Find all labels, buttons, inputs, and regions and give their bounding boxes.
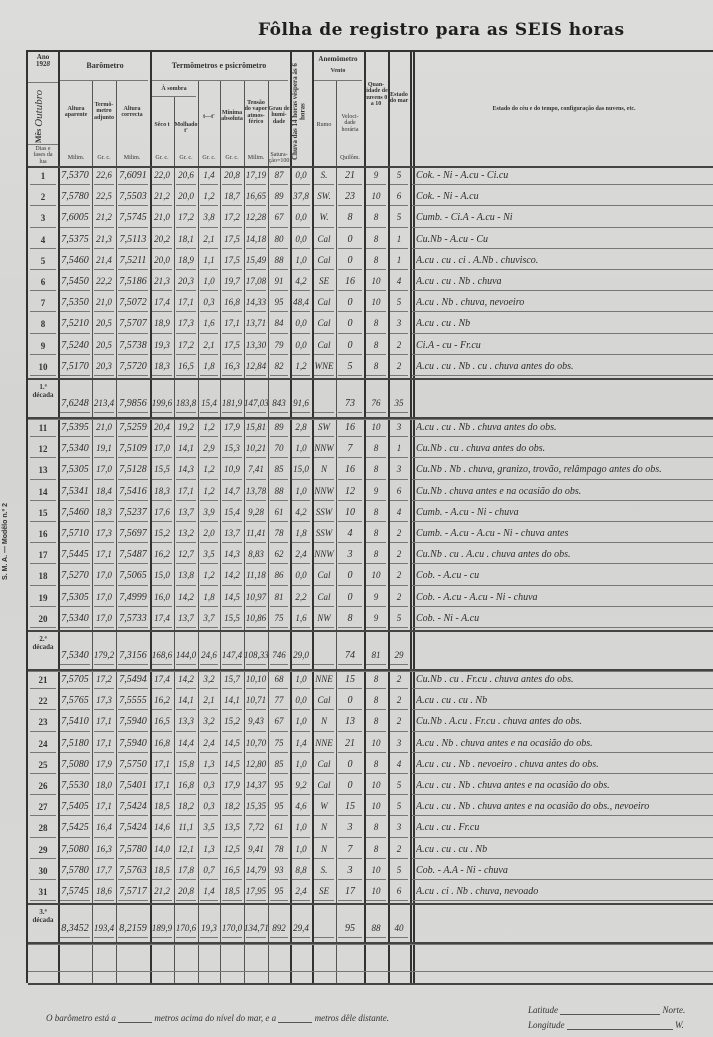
row-divider <box>338 731 362 732</box>
cell-rumo: WNE <box>312 361 336 371</box>
row-divider <box>118 542 148 543</box>
row-divider <box>366 794 386 795</box>
cell-rumo: N <box>312 716 336 726</box>
row-divider <box>390 542 408 543</box>
cell-tensao: 12,84 <box>244 361 268 371</box>
row-divider <box>366 664 386 665</box>
row-divider <box>390 773 408 774</box>
decade-label: 2.ª década <box>28 636 58 651</box>
row-divider <box>176 311 196 312</box>
row-divider <box>292 709 310 710</box>
cell-min: 17,5 <box>220 340 244 350</box>
cell-min: 18,2 <box>220 801 244 811</box>
row-divider <box>118 752 148 753</box>
row-divider <box>200 436 218 437</box>
cell-molh: 13,3 <box>174 716 198 726</box>
row-divider <box>222 879 242 880</box>
row-divider <box>222 412 242 413</box>
row-divider <box>390 227 408 228</box>
row-divider <box>338 664 362 665</box>
row-divider <box>176 900 196 901</box>
row-divider <box>152 815 172 816</box>
row-divider <box>30 333 56 334</box>
cell-min: 15,7 <box>220 674 244 684</box>
cell-term: 17,7 <box>92 865 116 875</box>
unit-grc-1: Gr. c. <box>92 155 116 161</box>
cell-tensao: 17,08 <box>244 276 268 286</box>
row-divider <box>390 311 408 312</box>
row-divider <box>338 563 362 564</box>
cell-nuvens: 88 <box>364 923 388 933</box>
cell-alt-cor: 7,5763 <box>116 865 150 876</box>
cell-min: 15,5 <box>220 613 244 623</box>
cell-alt-ap: 7,5375 <box>58 234 92 245</box>
cell-rumo: NNW <box>312 549 336 559</box>
sky-state-remark: A.cu . cu . cu . Nb <box>416 695 713 706</box>
row-divider <box>60 269 90 270</box>
row-divider <box>118 311 148 312</box>
row-divider <box>176 752 196 753</box>
form-model-label: S. M. A. — Modêlo n.º 2 <box>2 503 9 580</box>
row-divider <box>390 500 408 501</box>
row-divider <box>200 937 218 938</box>
corrected-height-label: Altura correcta <box>116 106 148 119</box>
sky-state-remark: Cok. - Ni - A.cu - Ci.cu <box>416 170 713 181</box>
cell-term: 17,0 <box>92 464 116 474</box>
row-divider <box>222 900 242 901</box>
row-divider <box>270 900 288 901</box>
row-divider <box>94 688 114 689</box>
unit-saturation: Satura-ção=100 <box>268 152 290 165</box>
row-divider <box>338 815 362 816</box>
cell-alt-cor: 7,5424 <box>116 822 150 833</box>
cell-nuvens: 81 <box>364 650 388 660</box>
sky-state-remark: A.cu . cu . Fr.cu <box>416 822 713 833</box>
row-divider <box>390 354 408 355</box>
cell-alt-ap: 7,5270 <box>58 570 92 581</box>
day-number: 27 <box>28 802 58 812</box>
row-divider <box>200 290 218 291</box>
row-divider <box>412 248 713 249</box>
cell-chuva: 1,0 <box>290 759 312 769</box>
cell-term: 22,5 <box>92 191 116 201</box>
row-divider <box>292 248 310 249</box>
row-divider <box>338 311 362 312</box>
cell-grau: 95 <box>268 780 290 790</box>
cell-alt-ap: 7,5180 <box>58 738 92 749</box>
row-divider <box>366 879 386 880</box>
cell-diff: 3,7 <box>198 613 220 623</box>
cell-term: 20,5 <box>92 318 116 328</box>
cell-rumo: N <box>312 844 336 854</box>
row-divider <box>412 606 713 607</box>
row-divider <box>30 227 56 228</box>
cell-vel: 23 <box>336 191 364 202</box>
cell-tensao: 10,86 <box>244 613 268 623</box>
row-divider <box>118 664 148 665</box>
row-divider <box>94 479 114 480</box>
row-divider <box>292 311 310 312</box>
cell-grau: 746 <box>268 650 290 660</box>
t-diff-label: t—t' <box>198 114 220 120</box>
row-divider <box>270 815 288 816</box>
cell-chuva: 1,0 <box>290 255 312 265</box>
row-divider <box>60 794 90 795</box>
row-divider <box>390 436 408 437</box>
cell-vel: 8 <box>336 212 364 223</box>
cell-chuva: 0,0 <box>290 340 312 350</box>
row-divider <box>338 333 362 334</box>
cell-diff: 2,4 <box>198 738 220 748</box>
cell-vel: 74 <box>336 650 364 661</box>
cell-min: 17,5 <box>220 234 244 244</box>
cell-mar: 5 <box>388 297 410 307</box>
cell-vel: 0 <box>336 340 364 351</box>
cell-nuvens: 8 <box>364 822 388 832</box>
cell-seco: 16,2 <box>150 549 174 559</box>
row-divider <box>222 563 242 564</box>
cell-min: 181,9 <box>220 398 244 408</box>
row-divider <box>94 333 114 334</box>
row-divider <box>314 752 334 753</box>
row-divider <box>314 837 334 838</box>
row-divider <box>246 500 266 501</box>
cell-alt-cor: 7,5780 <box>116 844 150 855</box>
row-divider <box>412 900 713 901</box>
cell-rumo: N <box>312 822 336 832</box>
cell-vel: 0 <box>336 255 364 266</box>
row-divider <box>270 837 288 838</box>
cell-grau: 77 <box>268 695 290 705</box>
day-number: 22 <box>28 696 58 706</box>
row-divider <box>118 900 148 901</box>
cell-alt-cor: 7,5745 <box>116 212 150 223</box>
day-number: 24 <box>28 739 58 749</box>
cell-mar: 5 <box>388 170 410 180</box>
sky-state-remark: A.cu . Nb . chuva, nevoeiro <box>416 297 713 308</box>
row-divider <box>338 269 362 270</box>
row-divider <box>292 585 310 586</box>
row-divider <box>292 333 310 334</box>
row-divider <box>200 709 218 710</box>
distance-field[interactable] <box>278 1022 312 1023</box>
latitude-line: Latitude Norte. <box>528 1005 685 1015</box>
cell-mar: 1 <box>388 234 410 244</box>
row-divider <box>176 731 196 732</box>
row-divider <box>412 457 713 458</box>
cell-molh: 17,8 <box>174 865 198 875</box>
row-divider <box>292 184 310 185</box>
row-divider <box>270 731 288 732</box>
day-number: 28 <box>28 823 58 833</box>
cell-vel: 12 <box>336 486 364 497</box>
day-number: 11 <box>28 423 58 433</box>
row-divider <box>314 521 334 522</box>
sky-state-remark: Cu.Nb . Nb . chuva, granizo, trovão, rel… <box>416 464 713 475</box>
cell-tensao: 7,41 <box>244 464 268 474</box>
cell-nuvens: 76 <box>364 398 388 408</box>
cell-seco: 21,2 <box>150 886 174 896</box>
row-divider <box>152 731 172 732</box>
row-divider <box>270 709 288 710</box>
cell-diff: 0,3 <box>198 801 220 811</box>
year-printed: 192 <box>36 60 47 68</box>
row-divider <box>292 542 310 543</box>
cell-seco: 17,1 <box>150 759 174 769</box>
cell-diff: 1,3 <box>198 759 220 769</box>
cell-mar: 5 <box>388 212 410 222</box>
row-divider <box>60 752 90 753</box>
cell-grau: 892 <box>268 923 290 933</box>
cell-vel: 10 <box>336 507 364 518</box>
row-divider <box>314 354 334 355</box>
row-divider <box>338 521 362 522</box>
cell-alt-cor: 7,5494 <box>116 674 150 685</box>
day-number: 23 <box>28 717 58 727</box>
cell-term: 18,3 <box>92 507 116 517</box>
row-divider <box>94 521 114 522</box>
row-divider <box>118 184 148 185</box>
cell-mar: 4 <box>388 759 410 769</box>
column-divider <box>413 52 415 983</box>
row-divider <box>94 205 114 206</box>
row-divider <box>366 500 386 501</box>
cell-diff: 0,7 <box>198 865 220 875</box>
row-divider <box>292 627 310 628</box>
cell-grau: 93 <box>268 865 290 875</box>
cell-mar: 3 <box>388 822 410 832</box>
cell-vel: 21 <box>336 170 364 181</box>
day-number: 6 <box>28 277 58 287</box>
row-divider <box>118 457 148 458</box>
cell-chuva: 1,0 <box>290 486 312 496</box>
row-divider <box>60 858 90 859</box>
cell-alt-cor: 7,5697 <box>116 528 150 539</box>
row-divider <box>60 688 90 689</box>
row-divider <box>366 375 386 376</box>
row-divider <box>292 664 310 665</box>
row-divider <box>222 500 242 501</box>
cell-alt-ap: 7,5080 <box>58 844 92 855</box>
cell-min: 13,5 <box>220 822 244 832</box>
cell-tensao: 9,28 <box>244 507 268 517</box>
row-divider <box>390 457 408 458</box>
cell-grau: 61 <box>268 822 290 832</box>
latitude-field[interactable] <box>560 1014 660 1015</box>
row-divider <box>292 500 310 501</box>
row-divider <box>118 205 148 206</box>
cell-nuvens: 8 <box>364 549 388 559</box>
cell-min: 14,7 <box>220 486 244 496</box>
cell-chuva: 91,6 <box>290 398 312 408</box>
cell-alt-ap: 7,5780 <box>58 865 92 876</box>
cell-mar: 1 <box>388 255 410 265</box>
cell-alt-cor: 7,9856 <box>116 398 150 409</box>
row-divider <box>200 606 218 607</box>
row-divider <box>200 794 218 795</box>
cell-tensao: 15,49 <box>244 255 268 265</box>
row-divider <box>94 311 114 312</box>
cell-vel: 15 <box>336 801 364 812</box>
cell-nuvens: 10 <box>364 738 388 748</box>
row-divider <box>246 184 266 185</box>
row-divider <box>30 900 56 901</box>
row-divider <box>94 412 114 413</box>
row-divider <box>200 731 218 732</box>
cell-term: 21,3 <box>92 234 116 244</box>
row-divider <box>270 311 288 312</box>
row-divider <box>152 585 172 586</box>
cell-mar: 5 <box>388 780 410 790</box>
cell-grau: 85 <box>268 464 290 474</box>
row-divider <box>246 412 266 413</box>
row-divider <box>292 879 310 880</box>
row-divider <box>366 436 386 437</box>
days-label: Dias e fases da lua <box>30 146 56 165</box>
cell-diff: 1,2 <box>198 191 220 201</box>
cell-chuva: 48,4 <box>290 297 312 307</box>
cell-grau: 61 <box>268 507 290 517</box>
row-divider <box>200 879 218 880</box>
velocity-label: Veloci-dade horária <box>336 114 364 133</box>
cell-term: 16,3 <box>92 844 116 854</box>
cell-alt-cor: 7,5503 <box>116 191 150 202</box>
row-divider <box>246 837 266 838</box>
row-divider <box>246 436 266 437</box>
sky-state-remark: Cob. - A.cu - A.cu - Ni - chuva <box>416 592 713 603</box>
cell-diff: 1,4 <box>198 170 220 180</box>
cell-molh: 144,0 <box>174 650 198 660</box>
unit-milim-1: Milim. <box>60 155 92 161</box>
cell-term: 22,6 <box>92 170 116 180</box>
row-divider <box>366 227 386 228</box>
row-divider <box>390 205 408 206</box>
row-divider <box>338 773 362 774</box>
sky-state-remark: Cu.Nb . cu . Fr.cu . chuva antes do obs. <box>416 674 713 685</box>
cell-rumo: Cal <box>312 759 336 769</box>
cell-diff: 1,2 <box>198 464 220 474</box>
cell-molh: 20,3 <box>174 276 198 286</box>
cell-alt-cor: 7,5259 <box>116 422 150 433</box>
row-divider <box>94 436 114 437</box>
thermometers-group-label: Termômetros e psicrômetro <box>150 62 288 70</box>
cell-diff: 2,1 <box>198 234 220 244</box>
row-divider <box>338 837 362 838</box>
cell-term: 17,0 <box>92 613 116 623</box>
row-divider <box>118 521 148 522</box>
row-divider <box>292 837 310 838</box>
row-divider <box>270 794 288 795</box>
cell-molh: 19,2 <box>174 422 198 432</box>
altitude-field[interactable] <box>118 1022 152 1023</box>
cell-mar: 2 <box>388 361 410 371</box>
cell-alt-ap: 7,5340 <box>58 443 92 454</box>
row-divider <box>200 664 218 665</box>
row-divider <box>176 627 196 628</box>
cell-grau: 62 <box>268 549 290 559</box>
cell-chuva: 2,2 <box>290 592 312 602</box>
day-number: 18 <box>28 571 58 581</box>
cell-min: 16,3 <box>220 361 244 371</box>
sky-state-remark: A.cu . cu . Nb . chuva antes do obs. <box>416 422 713 433</box>
cell-tensao: 17,95 <box>244 886 268 896</box>
row-divider <box>200 585 218 586</box>
longitude-field[interactable] <box>567 1029 673 1030</box>
cell-min: 18,5 <box>220 886 244 896</box>
row-divider <box>30 311 56 312</box>
cell-tensao: 17,19 <box>244 170 268 180</box>
cell-term: 193,4 <box>92 923 116 933</box>
cell-chuva: 1,0 <box>290 443 312 453</box>
cell-seco: 18,3 <box>150 486 174 496</box>
row-divider <box>390 184 408 185</box>
barometer-group-label: Barômetro <box>60 62 150 70</box>
row-divider <box>292 794 310 795</box>
row-divider <box>30 542 56 543</box>
row-divider <box>30 184 56 185</box>
row-divider <box>390 563 408 564</box>
cell-diff: 1,6 <box>198 318 220 328</box>
row-divider <box>292 563 310 564</box>
cell-seco: 17,4 <box>150 613 174 623</box>
cell-alt-cor: 7,6091 <box>116 170 150 181</box>
row-divider <box>390 837 408 838</box>
row-divider <box>118 794 148 795</box>
row-divider <box>176 184 196 185</box>
cell-tensao: 9,43 <box>244 716 268 726</box>
row-divider <box>314 184 334 185</box>
row-divider <box>246 521 266 522</box>
row-divider <box>292 606 310 607</box>
cell-grau: 88 <box>268 486 290 496</box>
cell-seco: 17,4 <box>150 674 174 684</box>
cell-min: 170,0 <box>220 923 244 933</box>
cell-chuva: 0,0 <box>290 234 312 244</box>
cell-alt-ap: 7,5410 <box>58 716 92 727</box>
row-divider <box>200 205 218 206</box>
row-divider <box>314 311 334 312</box>
row-divider <box>222 375 242 376</box>
row-divider <box>292 290 310 291</box>
row-divider <box>60 227 90 228</box>
row-divider <box>314 436 334 437</box>
row-divider <box>60 879 90 880</box>
shade-label: À sombra <box>150 86 198 92</box>
row-divider <box>338 248 362 249</box>
cell-tensao: 12,28 <box>244 212 268 222</box>
cell-chuva: 0,0 <box>290 318 312 328</box>
cell-alt-ap: 7,5350 <box>58 297 92 308</box>
cell-alt-ap: 7,5405 <box>58 801 92 812</box>
row-divider <box>200 627 218 628</box>
cell-seco: 15,0 <box>150 570 174 580</box>
row-divider <box>152 290 172 291</box>
row-divider <box>176 542 196 543</box>
row-divider <box>176 290 196 291</box>
row-divider <box>200 457 218 458</box>
row-divider <box>94 563 114 564</box>
row-divider <box>314 627 334 628</box>
row-divider <box>338 606 362 607</box>
latitude-suffix: Norte. <box>663 1005 686 1015</box>
row-divider <box>118 248 148 249</box>
row-divider <box>222 585 242 586</box>
cell-alt-cor: 7,5186 <box>116 276 150 287</box>
row-divider <box>176 333 196 334</box>
row-divider <box>270 184 288 185</box>
row-divider <box>118 479 148 480</box>
row-divider <box>200 412 218 413</box>
